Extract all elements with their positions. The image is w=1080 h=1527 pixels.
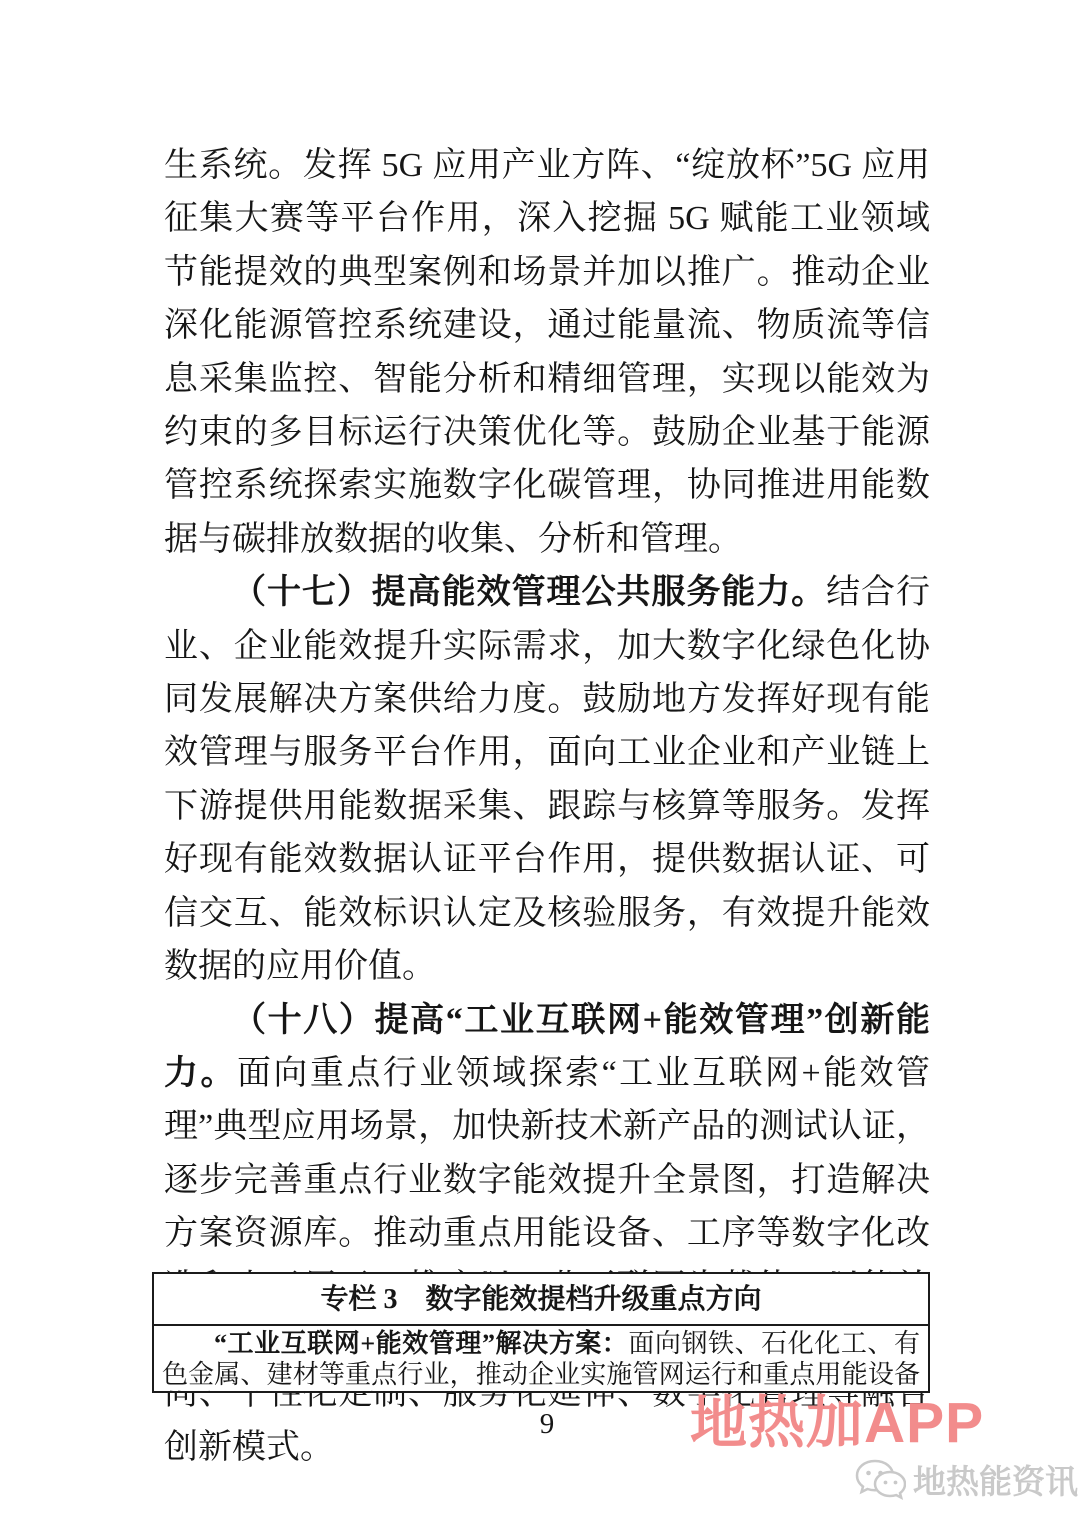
document-page: 生系统。发挥 5G 应用产业方阵、“绽放杯”5G 应用征集大赛等平台作用，深入挖… xyxy=(0,0,1080,1527)
wechat-icon xyxy=(854,1458,906,1502)
text-run: 生系统。发挥 5G 应用产业方阵、“绽放杯”5G 应用征集大赛等平台作用，深入挖… xyxy=(164,147,930,558)
paragraph: “工业互联网+能效管理”解决方案：面向钢铁、石化化工、有色金属、建材等重点行业，… xyxy=(162,1329,920,1393)
watermark-app: 地热加APP xyxy=(690,1392,984,1455)
callout-box: 专栏 3 数字能效提档升级重点方向 “工业互联网+能效管理”解决方案：面向钢铁、… xyxy=(152,1272,930,1393)
callout-content: “工业互联网+能效管理”解决方案：面向钢铁、石化化工、有色金属、建材等重点行业，… xyxy=(154,1326,928,1393)
callout-title: 专栏 3 数字能效提档升级重点方向 xyxy=(154,1274,928,1326)
watermark-channel-label: 地热能资讯 xyxy=(913,1456,1078,1503)
text-run: 结合行业、企业能效提升实际需求，加大数字化绿色化协同发展解决方案供给力度。鼓励地… xyxy=(164,574,930,985)
text-run-bold: （十七）提高能效管理公共服务能力。 xyxy=(232,574,826,611)
paragraph: 生系统。发挥 5G 应用产业方阵、“绽放杯”5G 应用征集大赛等平台作用，深入挖… xyxy=(164,139,930,566)
text-run-bold: “工业互联网+能效管理”解决方案： xyxy=(214,1329,628,1358)
watermark-channel: 地热能资讯 xyxy=(854,1456,1078,1503)
paragraph: （十七）提高能效管理公共服务能力。结合行业、企业能效提升实际需求，加大数字化绿色… xyxy=(164,566,930,993)
